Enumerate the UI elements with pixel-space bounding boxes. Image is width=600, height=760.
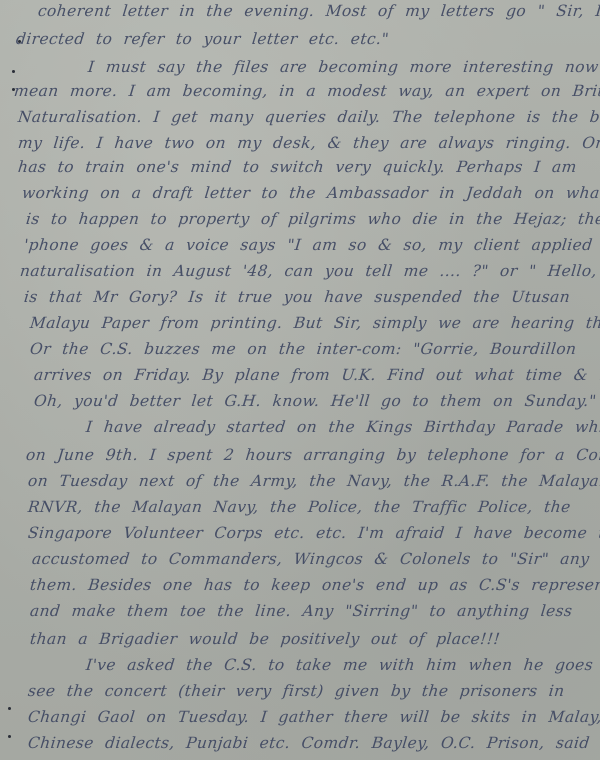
handwritten-line: Changi Gaol on Tuesday. I gather there w… bbox=[27, 708, 600, 726]
handwritten-line: Singapore Volunteer Corps etc. etc. I'm … bbox=[27, 524, 600, 542]
handwritten-line: and make them toe the line. Any "Sirring… bbox=[29, 602, 600, 620]
handwritten-line: accustomed to Commanders, Wingcos & Colo… bbox=[31, 550, 600, 568]
handwritten-line: arrives on Friday. By plane from U.K. Fi… bbox=[33, 366, 600, 384]
letter-page: coherent letter in the evening. Most of … bbox=[0, 0, 600, 760]
handwritten-line: directed to refer to your letter etc. et… bbox=[15, 30, 600, 48]
handwritten-line: on June 9th. I spent 2 hours arranging b… bbox=[25, 446, 600, 464]
handwritten-line: I must say the files are becoming more i… bbox=[87, 58, 600, 76]
handwritten-line: working on a draft letter to the Ambassa… bbox=[21, 184, 600, 202]
margin-dot bbox=[8, 707, 11, 710]
margin-dot bbox=[8, 735, 11, 738]
handwritten-line: has to train one's mind to switch very q… bbox=[17, 158, 600, 176]
handwritten-line: Chinese dialects, Punjabi etc. Comdr. Ba… bbox=[27, 734, 600, 752]
handwritten-line: on Tuesday next of the Army, the Navy, t… bbox=[27, 472, 600, 490]
handwritten-line: is to happen to property of pilgrims who… bbox=[25, 210, 600, 228]
margin-dot bbox=[12, 70, 15, 73]
handwritten-line: naturalisation in August '48, can you te… bbox=[19, 262, 600, 280]
handwritten-line: see the concert (their very first) given… bbox=[27, 682, 600, 700]
handwritten-line: is that Mr Gory? Is it true you have sus… bbox=[23, 288, 600, 306]
handwritten-line: than a Brigadier would be positively out… bbox=[29, 630, 600, 648]
handwritten-line: Naturalisation. I get many queries daily… bbox=[17, 108, 600, 126]
handwritten-line: I have already started on the Kings Birt… bbox=[85, 418, 600, 436]
handwritten-line: I've asked the C.S. to take me with him … bbox=[85, 656, 600, 674]
handwritten-line: RNVR, the Malayan Navy, the Police, the … bbox=[27, 498, 600, 516]
handwritten-line: my life. I have two on my desk, & they a… bbox=[17, 134, 600, 152]
handwritten-line: Malayu Paper from printing. But Sir, sim… bbox=[29, 314, 600, 332]
handwritten-line: Or the C.S. buzzes me on the inter-com: … bbox=[29, 340, 600, 358]
handwritten-line: coherent letter in the evening. Most of … bbox=[37, 2, 600, 20]
handwritten-line: mean more. I am becoming, in a modest wa… bbox=[13, 82, 600, 100]
handwritten-line: them. Besides one has to keep one's end … bbox=[29, 576, 600, 594]
handwritten-line: 'phone goes & a voice says "I am so & so… bbox=[23, 236, 600, 254]
handwritten-line: Oh, you'd better let G.H. know. He'll go… bbox=[33, 392, 600, 410]
